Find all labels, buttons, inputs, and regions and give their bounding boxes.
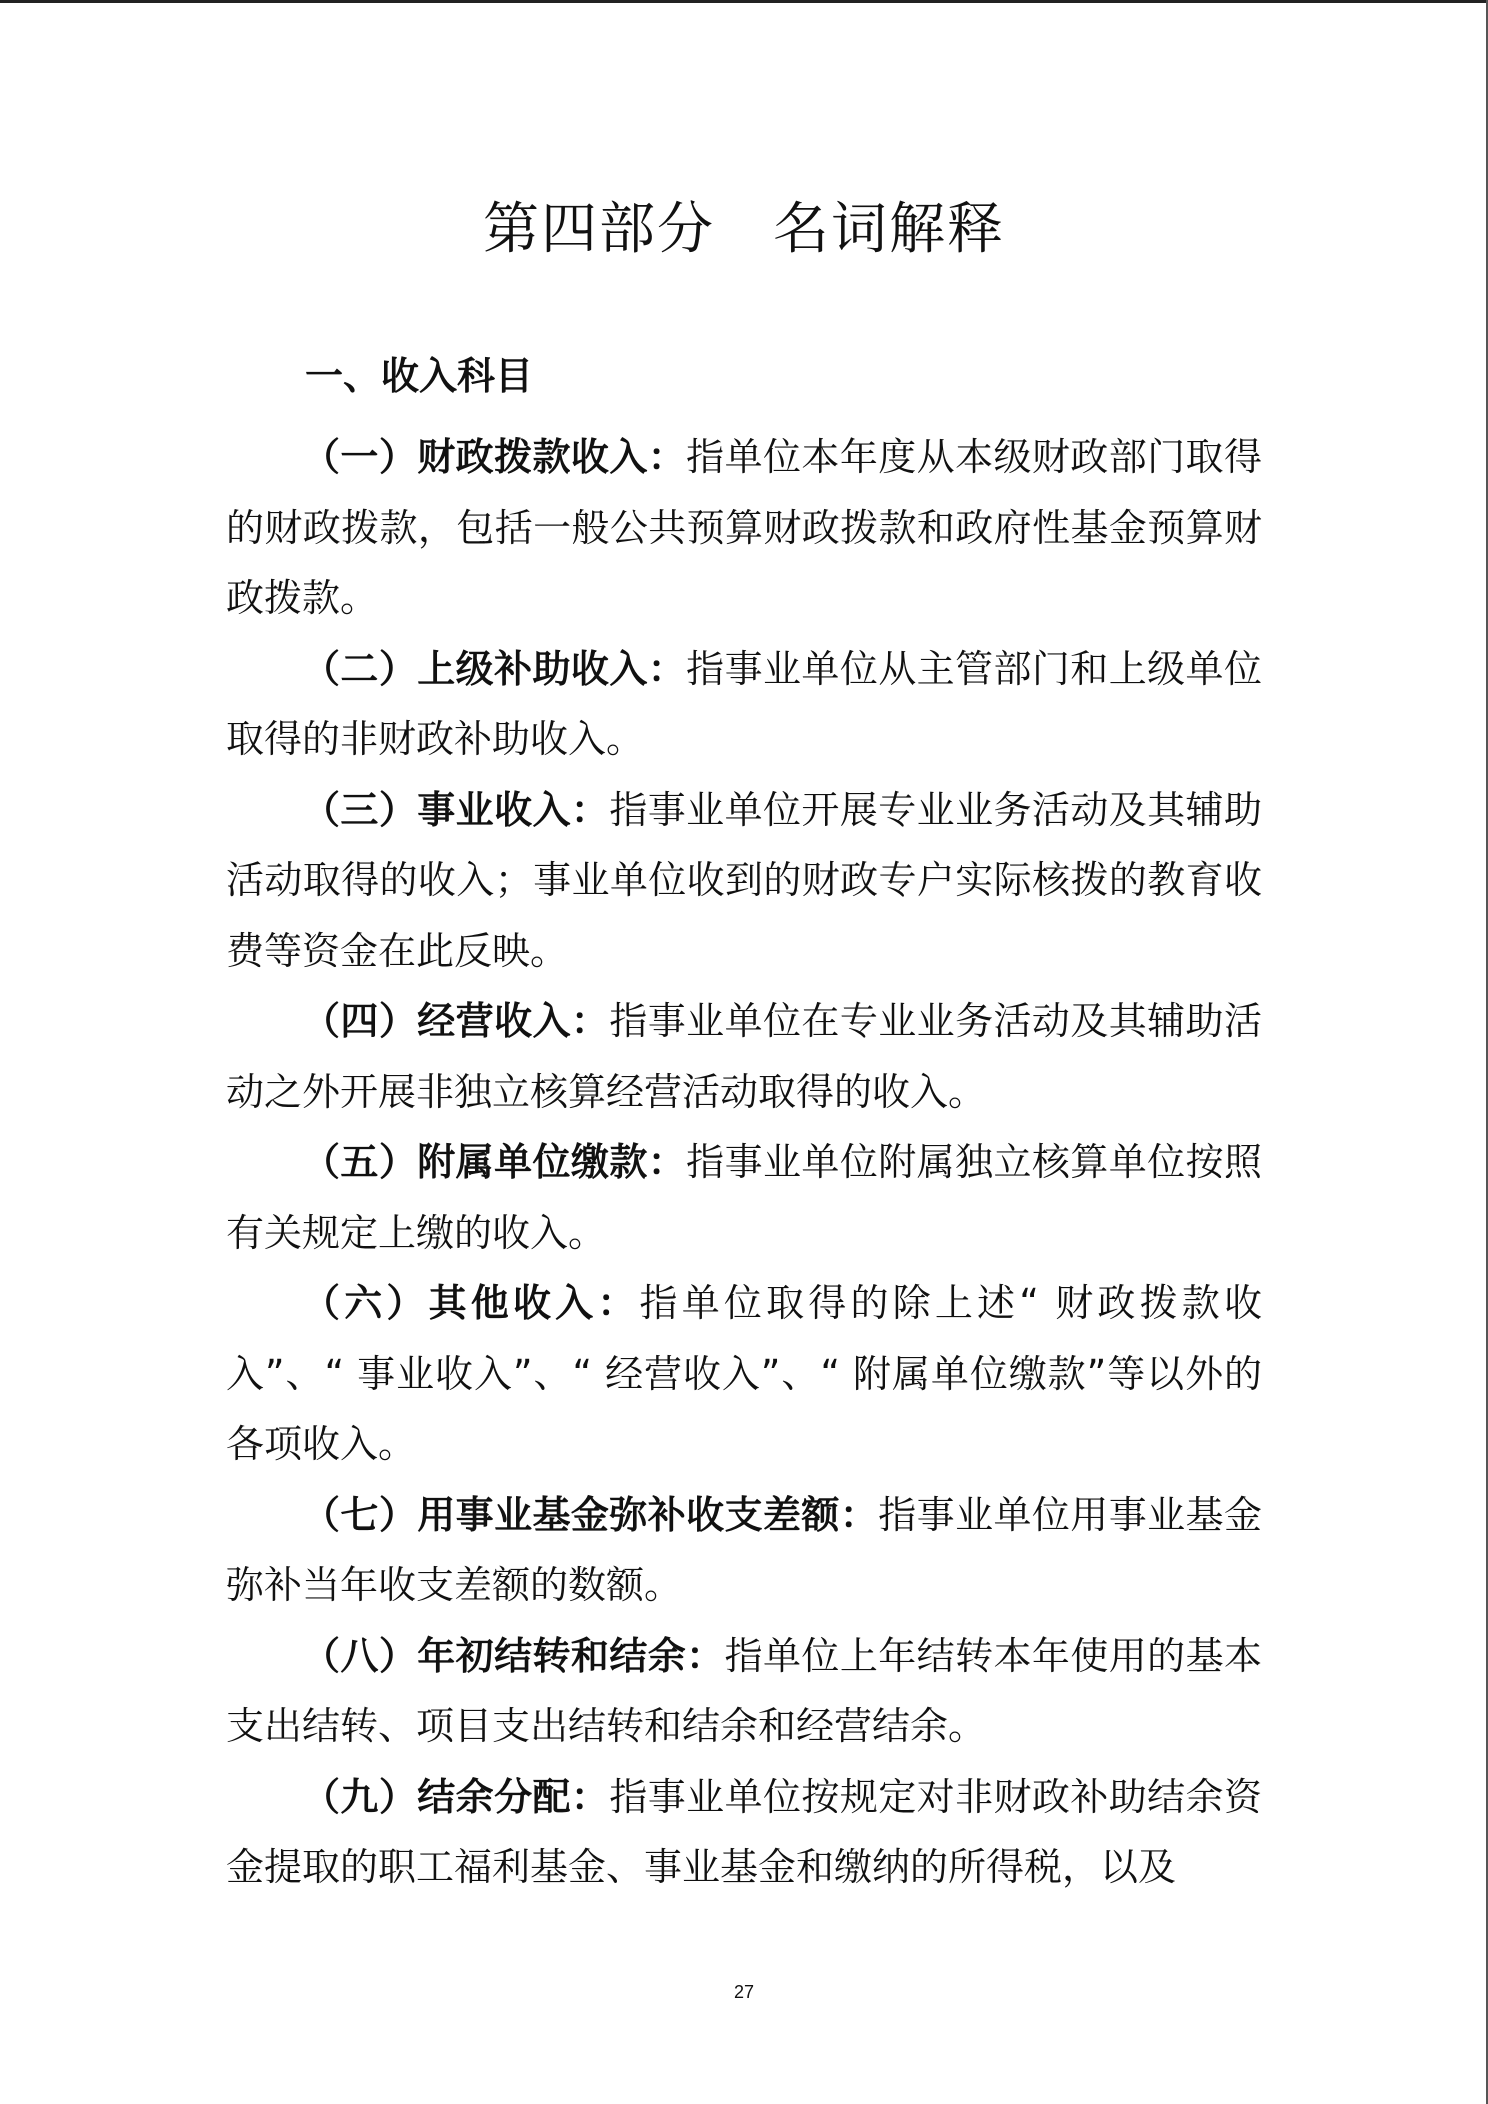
definition-paragraph: （六）其他收入：指单位取得的除上述“ 财政拨款收入”、“ 事业收入”、“ 经营收…: [226, 1268, 1262, 1480]
definition-term: （九）结余分配：: [302, 1775, 609, 1819]
definition-paragraph: （九）结余分配：指事业单位按规定对非财政补助结余资金提取的职工福利基金、事业基金…: [226, 1762, 1262, 1903]
page-top-border: [0, 0, 1488, 3]
definitions-body: （一）财政拨款收入：指单位本年度从本级财政部门取得的财政拨款，包括一般公共预算财…: [226, 422, 1262, 1903]
definition-paragraph: （八）年初结转和结余：指单位上年结转本年使用的基本支出结转、项目支出结转和结余和…: [226, 1621, 1262, 1762]
definition-term: （五）附属单位缴款：: [302, 1140, 686, 1184]
definition-term: （一）财政拨款收入：: [302, 435, 686, 479]
page-title: 第四部分名词解释: [0, 185, 1488, 265]
definition-term: （六）其他收入：: [302, 1281, 640, 1325]
definition-paragraph: （二）上级补助收入：指事业单位从主管部门和上级单位取得的非财政补助收入。: [226, 634, 1262, 775]
definition-paragraph: （七）用事业基金弥补收支差额：指事业单位用事业基金弥补当年收支差额的数额。: [226, 1480, 1262, 1621]
title-part: 第四部分: [483, 197, 715, 262]
definition-term: （八）年初结转和结余：: [302, 1634, 725, 1678]
definition-term: （三）事业收入：: [302, 788, 609, 832]
definition-paragraph: （四）经营收入：指事业单位在专业业务活动及其辅助活动之外开展非独立核算经营活动取…: [226, 986, 1262, 1127]
title-name: 名词解释: [773, 197, 1005, 262]
definition-term: （四）经营收入：: [302, 999, 609, 1043]
definition-term: （七）用事业基金弥补收支差额：: [302, 1493, 878, 1537]
definition-term: （二）上级补助收入：: [302, 647, 686, 691]
page-number: 27: [0, 1982, 1488, 2003]
definition-paragraph: （三）事业收入：指事业单位开展专业业务活动及其辅助活动取得的收入；事业单位收到的…: [226, 775, 1262, 987]
section-heading: 一、收入科目: [305, 345, 533, 400]
definition-paragraph: （一）财政拨款收入：指单位本年度从本级财政部门取得的财政拨款，包括一般公共预算财…: [226, 422, 1262, 634]
definition-paragraph: （五）附属单位缴款：指事业单位附属独立核算单位按照有关规定上缴的收入。: [226, 1127, 1262, 1268]
